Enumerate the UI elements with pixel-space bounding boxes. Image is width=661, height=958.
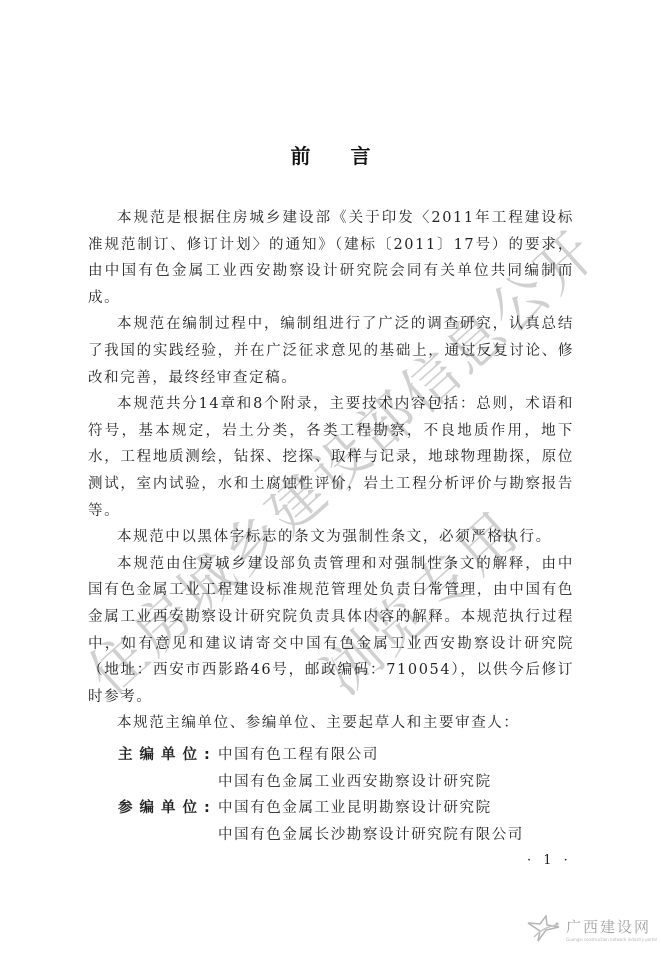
chief-editor-label: 主编单位 [118, 747, 204, 763]
logo-subtitle: Guangxi construction network industry po… [566, 937, 657, 942]
page-number: · 1 · [527, 853, 572, 868]
paragraph-origin: 本规范是根据住房城乡建设部《关于印发〈2011年工程建设标准规范制订、修订计划〉… [88, 205, 574, 311]
participating-editor-label: 参编单位 [118, 800, 204, 816]
participating-editor-unit: 中国有色金属长沙勘察设计研究院有限公司 [218, 822, 524, 849]
preface-body: 本规范是根据住房城乡建设部《关于印发〈2011年工程建设标准规范制订、修订计划〉… [88, 205, 574, 737]
page-title: 前言 [0, 140, 661, 169]
chief-editor-unit: 中国有色金属工业西安勘察设计研究院 [218, 769, 492, 796]
participating-editor-unit: 中国有色金属工业昆明勘察设计研究院 [218, 795, 492, 822]
star-logo-icon [526, 915, 560, 943]
chief-editor-row: 中国有色金属工业西安勘察设计研究院 [118, 769, 524, 796]
chief-editor-unit: 中国有色工程有限公司 [218, 742, 379, 769]
organizations-list: 主编单位: 中国有色工程有限公司 中国有色金属工业西安勘察设计研究院 参编单位:… [118, 742, 524, 848]
paragraph-mandatory: 本规范中以黑体字标志的条文为强制性条文，必须严格执行。 [88, 524, 574, 551]
paragraph-units-intro: 本规范主编单位、参编单位、主要起草人和主要审查人： [88, 710, 574, 737]
participating-editor-row: 中国有色金属长沙勘察设计研究院有限公司 [118, 822, 524, 849]
paragraph-management: 本规范由住房城乡建设部负责管理和对强制性条文的解释，由中国有色金属工业工程建设标… [88, 551, 574, 711]
site-logo: 广西建设网 Guangxi construction network indus… [526, 915, 657, 943]
paragraph-process: 本规范在编制过程中，编制组进行了广泛的调查研究，认真总结了我国的实践经验，并在广… [88, 311, 574, 391]
chief-editor-row: 主编单位: 中国有色工程有限公司 [118, 742, 524, 769]
paragraph-contents: 本规范共分14章和8个附录，主要技术内容包括：总则，术语和符号，基本规定，岩土分… [88, 391, 574, 524]
document-page: 住房城乡建设部信息公开 浏览专用 前言 本规范是根据住房城乡建设部《关于印发〈2… [0, 0, 661, 958]
participating-editor-row: 参编单位: 中国有色金属工业昆明勘察设计研究院 [118, 795, 524, 822]
logo-name: 广西建设网 [566, 916, 657, 937]
